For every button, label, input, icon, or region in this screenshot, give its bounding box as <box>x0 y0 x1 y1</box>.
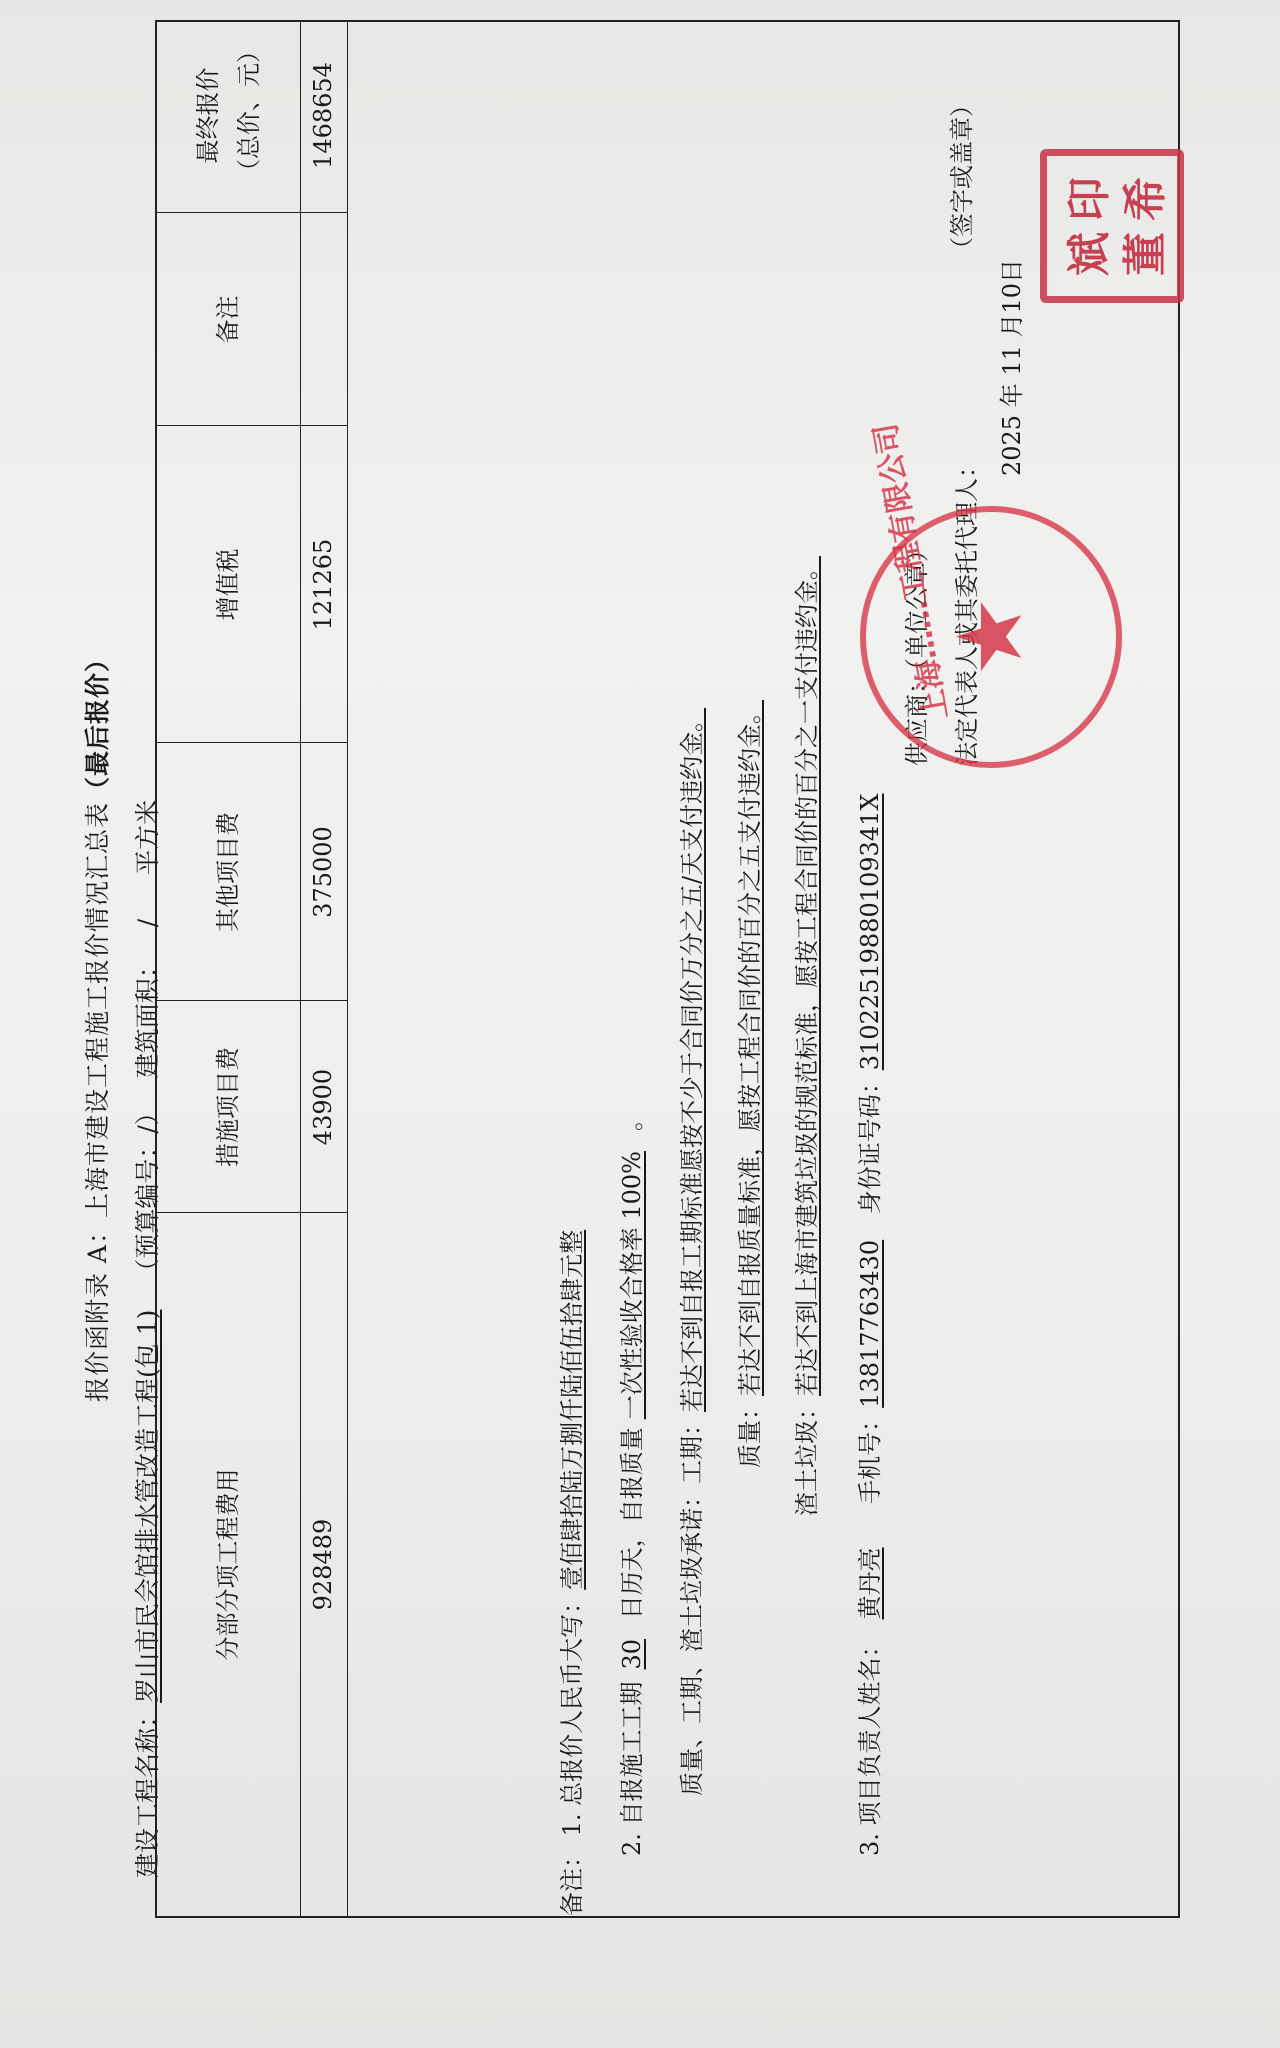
title-suffix: （最后报价） <box>83 646 112 802</box>
header-cell: 措施项目费 <box>157 1001 300 1213</box>
period-end: 。 <box>618 1107 646 1151</box>
id-label: 身份证号码： <box>856 1070 884 1214</box>
seal-char: 斌 <box>1053 232 1117 276</box>
table-value: 121265 <box>300 426 347 743</box>
seal-char: 希 <box>1109 177 1173 221</box>
quality-commit-label: 质量： <box>736 1396 764 1468</box>
project-manager-line: 3. 项目负责人姓名：黄丹亮 手机号：13817763430 身份证号码：310… <box>850 780 885 1856</box>
sign-date: 2025 年 11 月10日 <box>992 259 1027 476</box>
total-price-label: 1. 总报价人民币大写： <box>558 1590 586 1837</box>
sign-hint: （签字或盖章） <box>942 93 977 261</box>
total-price-words: 壹佰肆拾陆万捌仟陆佰伍拾肆元整 <box>558 1230 586 1590</box>
quality-label: 日历天，自报质量 <box>618 1427 646 1619</box>
company-stamp: 上海……工程有限公司 ★ <box>860 506 1122 768</box>
header-cell: 增值税 <box>157 426 300 743</box>
star-icon: ★ <box>946 596 1036 677</box>
table-divider <box>347 22 348 1916</box>
commitment-label: 质量、工期、渣土垃圾承诺： <box>678 1484 706 1796</box>
waste-commit-text: 若达不到上海市建筑垃圾的规范标准，愿按工程合同价的百分之一支付违约金。 <box>793 556 821 1396</box>
table-value: 375000 <box>300 743 347 1001</box>
manager-name: 黄丹亮 <box>856 1533 884 1633</box>
phone-number: 13817763430 <box>856 1222 884 1408</box>
seal-char: 印 <box>1053 177 1117 221</box>
manager-name-label: 3. 项目负责人姓名： <box>856 1633 884 1856</box>
period-label: 2. 自报施工工期 <box>618 1681 646 1856</box>
period-commit-label: 工期： <box>678 1412 706 1484</box>
quotation-summary-document: 报价函附录 A：上海市建设工程施工报价情况汇总表（最后报价） 建设工程名称：罗山… <box>0 0 1280 2048</box>
summary-table: 分部分项工程费用 措施项目费 其他项目费 增值税 备注 最终报价（总价、元） 9… <box>155 20 1180 1918</box>
commitment-period: 质量、工期、渣土垃圾承诺：工期：若达不到自报工期标准愿按不少于合同价万分之五/天… <box>672 708 707 1796</box>
table-value: 43900 <box>300 1001 347 1213</box>
header-cell: 分部分项工程费用 <box>157 1213 300 1916</box>
header-cell: 最终报价（总价、元） <box>157 18 300 213</box>
waste-commit-label: 渣土垃圾： <box>793 1396 821 1516</box>
notes-item-2: 2. 自报施工工期30 日历天，自报质量一次性验收合格率 100%。 <box>612 1107 647 1856</box>
header-cell: 其他项目费 <box>157 743 300 1001</box>
commitment-waste: 渣土垃圾：若达不到上海市建筑垃圾的规范标准，愿按工程合同价的百分之一支付违约金。 <box>787 556 822 1516</box>
table-value: 928489 <box>300 1213 347 1916</box>
title-text: 报价函附录 A：上海市建设工程施工报价情况汇总表 <box>83 802 112 1402</box>
quality-commit-text: 若达不到自报质量标准，愿按工程合同价的百分之五支付违约金。 <box>736 700 764 1396</box>
header-cell: 备注 <box>157 213 300 426</box>
quality-value: 一次性验收合格率 100% <box>618 1151 646 1427</box>
period-commit-text: 若达不到自报工期标准愿按不少于合同价万分之五/天支付违约金。 <box>678 708 706 1412</box>
commitment-quality: 质量：若达不到自报质量标准，愿按工程合同价的百分之五支付违约金。 <box>730 700 765 1468</box>
table-value: 1468654 <box>300 18 347 213</box>
personal-seal: 斌 印 董 希 <box>1040 149 1184 303</box>
notes-section: 备注： 1. 总报价人民币大写：壹佰肆拾陆万捌仟陆佰伍拾肆元整 <box>552 1230 587 1916</box>
seal-char: 董 <box>1109 232 1173 276</box>
document-title: 报价函附录 A：上海市建设工程施工报价情况汇总表（最后报价） <box>78 0 114 2048</box>
phone-label: 手机号： <box>856 1408 884 1504</box>
table-value <box>300 213 347 426</box>
notes-label: 备注： <box>558 1844 586 1916</box>
id-number: 31022519880109341X <box>856 780 884 1071</box>
period-days: 30 <box>618 1627 646 1682</box>
